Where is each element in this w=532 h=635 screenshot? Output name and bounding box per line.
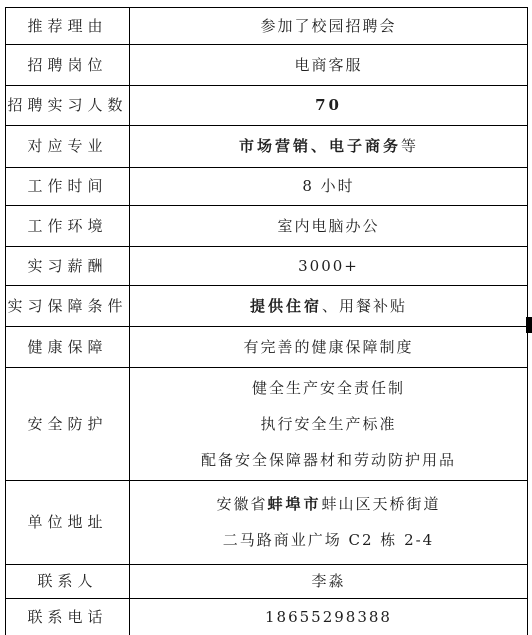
- row-value-text: 70: [315, 96, 342, 114]
- row-value-text: 等: [401, 137, 418, 155]
- row-label: 健康保障: [6, 327, 130, 368]
- edge-mark: [526, 317, 532, 333]
- table-row: 实习保障条件 提供住宿、用餐补贴: [6, 286, 528, 327]
- row-label: 工作环境: [6, 206, 130, 247]
- row-value: 市场营销、电子商务等: [130, 126, 528, 168]
- row-value: 提供住宿、用餐补贴: [130, 286, 528, 327]
- row-value-text: 参加了校园招聘会: [260, 17, 396, 35]
- recruitment-info-table: 推荐理由 参加了校园招聘会 招聘岗位 电商客服 招聘实习人数 70 对应专业 市…: [5, 7, 528, 635]
- row-label: 实习薪酬: [6, 247, 130, 286]
- row-value-text: 市场营销、电子商务: [239, 137, 401, 155]
- row-value-text: 执行安全生产标准: [260, 415, 396, 433]
- row-label-text: 联系电话: [27, 608, 107, 626]
- row-value: 3000+: [130, 247, 528, 286]
- row-value-text: 二马路商业广场 C2 栋 2-4: [223, 531, 434, 549]
- table-row: 单位地址 安徽省蚌埠市蚌山区天桥街道 二马路商业广场 C2 栋 2-4: [6, 481, 528, 565]
- row-value: 李淼: [130, 565, 528, 599]
- row-label: 推荐理由: [6, 8, 130, 45]
- table-row: 联系人 李淼: [6, 565, 528, 599]
- table-row: 推荐理由 参加了校园招聘会: [6, 8, 528, 45]
- row-label: 联系人: [6, 565, 130, 599]
- row-value-text: 配备安全保障器材和劳动防护用品: [201, 451, 456, 469]
- row-label: 联系电话: [6, 599, 130, 635]
- row-label: 对应专业: [6, 126, 130, 168]
- row-value-text: 室内电脑办公: [277, 217, 379, 235]
- row-label-text: 对应专业: [27, 137, 107, 155]
- row-value: 70: [130, 86, 528, 126]
- row-value-text: 健全生产安全责任制: [252, 379, 405, 397]
- row-value-text: 有完善的健康保障制度: [243, 338, 413, 356]
- row-label-text: 招聘岗位: [27, 56, 107, 74]
- row-label: 实习保障条件: [6, 286, 130, 327]
- row-value: 参加了校园招聘会: [130, 8, 528, 45]
- row-value-text: 蚌埠市: [267, 495, 321, 513]
- row-value: 安徽省蚌埠市蚌山区天桥街道 二马路商业广场 C2 栋 2-4: [130, 481, 528, 565]
- row-label-text: 工作环境: [27, 217, 107, 235]
- row-value-text: 蚌山区天桥街道: [322, 495, 441, 513]
- row-value-text: 李淼: [311, 572, 345, 590]
- row-value-text: 、用餐补贴: [322, 297, 407, 315]
- row-value-text: 8 小时: [302, 177, 354, 195]
- row-label-text: 推荐理由: [27, 17, 107, 35]
- row-value: 健全生产安全责任制 执行安全生产标准 配备安全保障器材和劳动防护用品: [130, 368, 528, 481]
- table-row: 联系电话 18655298388: [6, 599, 528, 635]
- row-label: 单位地址: [6, 481, 130, 565]
- row-value: 8 小时: [130, 168, 528, 206]
- row-value-text: 安徽省: [216, 495, 267, 513]
- row-value: 室内电脑办公: [130, 206, 528, 247]
- row-value-text: 提供住宿: [250, 297, 322, 315]
- row-label-text: 工作时间: [27, 177, 107, 195]
- table-row: 对应专业 市场营销、电子商务等: [6, 126, 528, 168]
- table-row: 安全防护 健全生产安全责任制 执行安全生产标准 配备安全保障器材和劳动防护用品: [6, 368, 528, 481]
- row-label-text: 安全防护: [27, 415, 107, 433]
- table-row: 招聘实习人数 70: [6, 86, 528, 126]
- row-label: 工作时间: [6, 168, 130, 206]
- table-row: 工作时间 8 小时: [6, 168, 528, 206]
- row-label: 招聘岗位: [6, 45, 130, 86]
- table-row: 健康保障 有完善的健康保障制度: [6, 327, 528, 368]
- row-label-text: 招聘实习人数: [7, 96, 127, 114]
- row-label-text: 实习薪酬: [27, 257, 107, 275]
- row-label-text: 联系人: [37, 572, 97, 590]
- table-row: 实习薪酬 3000+: [6, 247, 528, 286]
- row-label-text: 单位地址: [27, 513, 107, 531]
- row-value-text: 电商客服: [294, 56, 362, 74]
- row-label: 招聘实习人数: [6, 86, 130, 126]
- row-value: 有完善的健康保障制度: [130, 327, 528, 368]
- row-value: 电商客服: [130, 45, 528, 86]
- row-label-text: 实习保障条件: [7, 297, 127, 315]
- row-value-text: 3000+: [298, 257, 359, 275]
- document-page: 推荐理由 参加了校园招聘会 招聘岗位 电商客服 招聘实习人数 70 对应专业 市…: [0, 0, 532, 635]
- row-label: 安全防护: [6, 368, 130, 481]
- row-value-text: 18655298388: [265, 608, 392, 626]
- table-row: 工作环境 室内电脑办公: [6, 206, 528, 247]
- table-row: 招聘岗位 电商客服: [6, 45, 528, 86]
- row-label-text: 健康保障: [27, 338, 107, 356]
- row-value: 18655298388: [130, 599, 528, 635]
